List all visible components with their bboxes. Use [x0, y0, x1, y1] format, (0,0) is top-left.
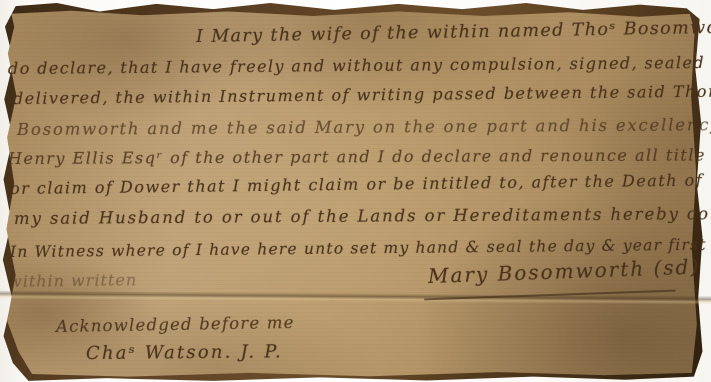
manuscript-photo: I Mary the wife of the within named Thoˢ… — [0, 0, 711, 382]
manuscript-line-5: Henry Ellis Esqʳ of the other part and I… — [8, 145, 706, 168]
manuscript-line-9-faded: within written — [8, 270, 137, 291]
officer-signature-chas-watson: Chaˢ Watson. J. P. — [86, 341, 283, 364]
